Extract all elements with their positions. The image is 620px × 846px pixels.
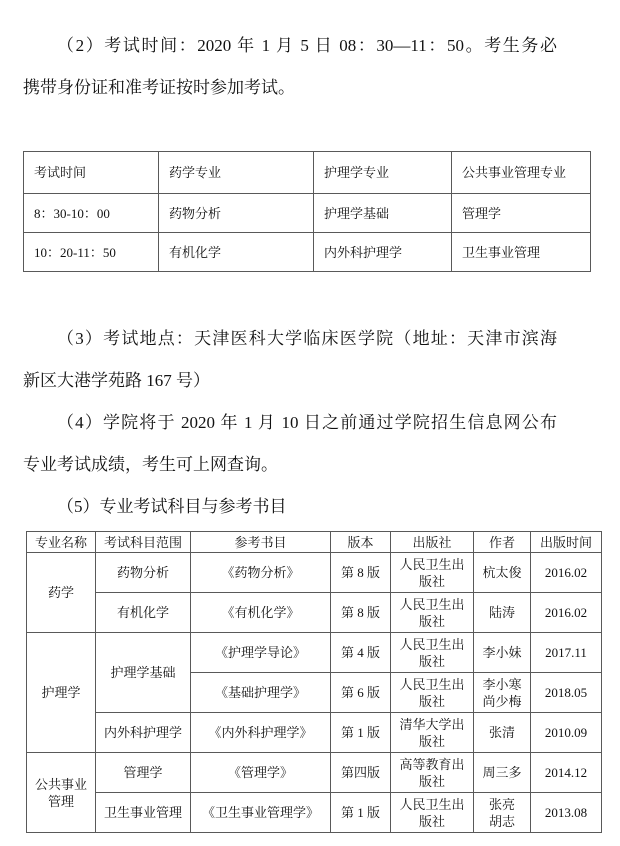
schedule-cell: 护理学基础 — [314, 194, 452, 233]
schedule-header-row: 考试时间 药学专业 护理学专业 公共事业管理专业 — [24, 152, 591, 194]
book-cell: 《管理学》 — [191, 753, 331, 793]
subject-cell: 管理学 — [96, 753, 191, 793]
schedule-header-cell: 考试时间 — [24, 152, 159, 194]
subject-cell: 卫生事业管理 — [96, 793, 191, 833]
paragraph-exam-time: （2）考试时间：2020 年 1 月 5 日 08：30—11：50。考生务必 … — [23, 25, 557, 109]
paragraph-subjects-heading: （5）专业考试科目与参考书目 — [23, 486, 557, 528]
schedule-header-cell: 护理学专业 — [314, 152, 452, 194]
author-name: 张亮 — [477, 796, 527, 813]
author-name: 尚少梅 — [477, 693, 527, 710]
publisher-cell: 人民卫生出版社 — [391, 673, 474, 713]
author-cell: 张亮 胡志 — [474, 793, 531, 833]
author-name: 张清 — [477, 724, 527, 741]
major-cell: 药学 — [27, 553, 96, 633]
book-cell: 《有机化学》 — [191, 593, 331, 633]
author-cell: 张清 — [474, 713, 531, 753]
schedule-cell: 药物分析 — [159, 194, 314, 233]
schedule-row: 8：30-10：00 药物分析 护理学基础 管理学 — [24, 194, 591, 233]
book-cell: 《卫生事业管理学》 — [191, 793, 331, 833]
author-name: 胡志 — [477, 813, 527, 830]
author-name: 李小寒 — [477, 676, 527, 693]
books-row: 公共事业管理 管理学 《管理学》 第四版 高等教育出版社 周三多 2014.12 — [27, 753, 602, 793]
books-row: 药学 药物分析 《药物分析》 第 8 版 人民卫生出版社 杭太俊 2016.02 — [27, 553, 602, 593]
schedule-cell: 管理学 — [452, 194, 591, 233]
edition-cell: 第四版 — [331, 753, 391, 793]
books-header-cell: 出版时间 — [531, 532, 602, 553]
book-cell: 《护理学导论》 — [191, 633, 331, 673]
books-table: 专业名称 考试科目范围 参考书目 版本 出版社 作者 出版时间 药学 药物分析 … — [26, 531, 602, 833]
author-cell: 李小妹 — [474, 633, 531, 673]
book-cell: 《药物分析》 — [191, 553, 331, 593]
author-name: 杭太俊 — [477, 564, 527, 581]
date-cell: 2014.12 — [531, 753, 602, 793]
books-row: 卫生事业管理 《卫生事业管理学》 第 1 版 人民卫生出版社 张亮 胡志 201… — [27, 793, 602, 833]
date-cell: 2017.11 — [531, 633, 602, 673]
major-cell: 公共事业管理 — [27, 753, 96, 833]
publisher-cell: 清华大学出版社 — [391, 713, 474, 753]
author-cell: 杭太俊 — [474, 553, 531, 593]
paragraph-line: （2）考试时间：2020 年 1 月 5 日 08：30—11：50。考生务必 — [23, 25, 557, 67]
books-header-cell: 专业名称 — [27, 532, 96, 553]
date-cell: 2010.09 — [531, 713, 602, 753]
date-cell: 2013.08 — [531, 793, 602, 833]
subject-cell: 药物分析 — [96, 553, 191, 593]
books-row: 护理学 护理学基础 《护理学导论》 第 4 版 人民卫生出版社 李小妹 2017… — [27, 633, 602, 673]
schedule-cell: 10：20-11：50 — [24, 233, 159, 272]
paragraph-line: 携带身份证和准考证按时参加考试。 — [23, 67, 557, 109]
paragraph-line: 专业考试成绩，考生可上网查询。 — [23, 444, 557, 486]
subject-cell: 护理学基础 — [96, 633, 191, 713]
book-cell: 《内外科护理学》 — [191, 713, 331, 753]
books-row: 有机化学 《有机化学》 第 8 版 人民卫生出版社 陆涛 2016.02 — [27, 593, 602, 633]
edition-cell: 第 1 版 — [331, 713, 391, 753]
publisher-cell: 人民卫生出版社 — [391, 593, 474, 633]
date-cell: 2016.02 — [531, 553, 602, 593]
publisher-cell: 人民卫生出版社 — [391, 553, 474, 593]
schedule-cell: 内外科护理学 — [314, 233, 452, 272]
author-cell: 周三多 — [474, 753, 531, 793]
paragraphs-middle: （3）考试地点：天津医科大学临床医学院（地址：天津市滨海 新区大港学苑路 167… — [23, 318, 557, 528]
subject-cell: 有机化学 — [96, 593, 191, 633]
paragraph-exam-location: （3）考试地点：天津医科大学临床医学院（地址：天津市滨海 — [23, 318, 557, 360]
schedule-cell: 卫生事业管理 — [452, 233, 591, 272]
schedule-cell: 8：30-10：00 — [24, 194, 159, 233]
paragraph-line: 新区大港学苑路 167 号） — [23, 360, 557, 402]
author-cell: 李小寒 尚少梅 — [474, 673, 531, 713]
date-cell: 2018.05 — [531, 673, 602, 713]
edition-cell: 第 6 版 — [331, 673, 391, 713]
publisher-cell: 人民卫生出版社 — [391, 793, 474, 833]
edition-cell: 第 8 版 — [331, 593, 391, 633]
author-cell: 陆涛 — [474, 593, 531, 633]
author-name: 陆涛 — [477, 604, 527, 621]
author-name: 李小妹 — [477, 644, 527, 661]
books-header-cell: 版本 — [331, 532, 391, 553]
books-row: 内外科护理学 《内外科护理学》 第 1 版 清华大学出版社 张清 2010.09 — [27, 713, 602, 753]
schedule-header-cell: 药学专业 — [159, 152, 314, 194]
schedule-header-cell: 公共事业管理专业 — [452, 152, 591, 194]
edition-cell: 第 8 版 — [331, 553, 391, 593]
paragraph-results-publish: （4）学院将于 2020 年 1 月 10 日之前通过学院招生信息网公布 — [23, 402, 557, 444]
major-cell: 护理学 — [27, 633, 96, 753]
schedule-cell: 有机化学 — [159, 233, 314, 272]
publisher-cell: 高等教育出版社 — [391, 753, 474, 793]
schedule-table: 考试时间 药学专业 护理学专业 公共事业管理专业 8：30-10：00 药物分析… — [23, 151, 591, 272]
edition-cell: 第 1 版 — [331, 793, 391, 833]
schedule-row: 10：20-11：50 有机化学 内外科护理学 卫生事业管理 — [24, 233, 591, 272]
books-header-cell: 作者 — [474, 532, 531, 553]
books-header-row: 专业名称 考试科目范围 参考书目 版本 出版社 作者 出版时间 — [27, 532, 602, 553]
books-header-cell: 考试科目范围 — [96, 532, 191, 553]
edition-cell: 第 4 版 — [331, 633, 391, 673]
date-cell: 2016.02 — [531, 593, 602, 633]
books-header-cell: 参考书目 — [191, 532, 331, 553]
subject-cell: 内外科护理学 — [96, 713, 191, 753]
publisher-cell: 人民卫生出版社 — [391, 633, 474, 673]
book-cell: 《基础护理学》 — [191, 673, 331, 713]
books-header-cell: 出版社 — [391, 532, 474, 553]
author-name: 周三多 — [477, 764, 527, 781]
